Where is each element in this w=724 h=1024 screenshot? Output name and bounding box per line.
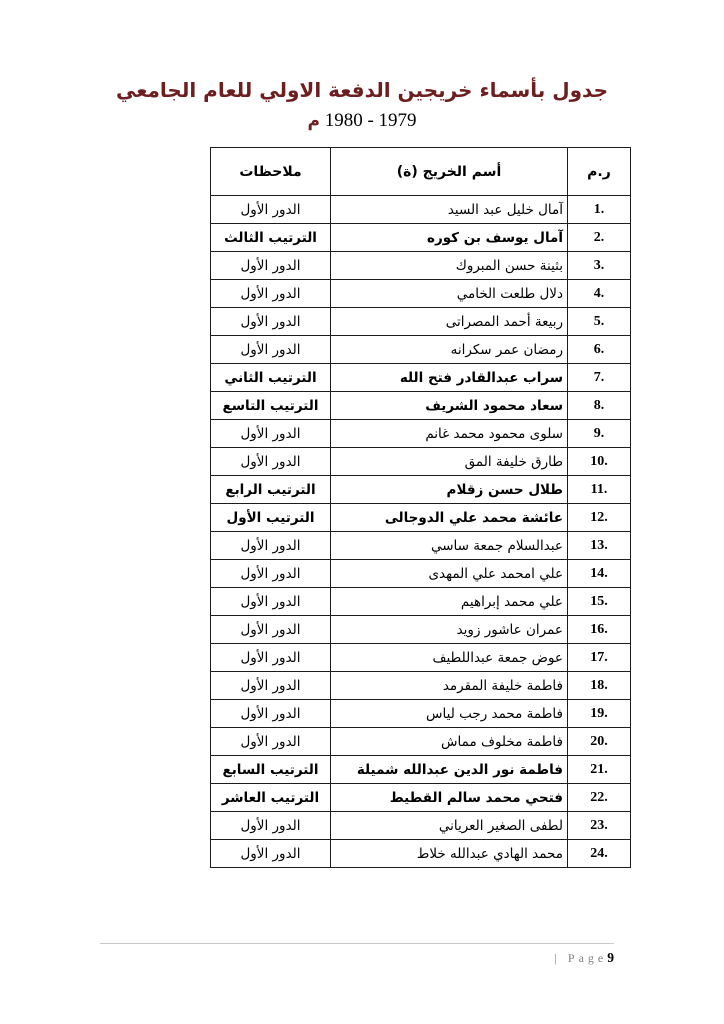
document-page: جدول بأسماء خريجين الدفعة الاولي للعام ا… <box>0 0 724 1024</box>
table-row: 23.لطفى الصغير العريانيالدور الأول <box>211 812 631 840</box>
cell-notes: الدور الأول <box>211 280 331 308</box>
cell-number: 8. <box>568 392 631 420</box>
cell-number: 2. <box>568 224 631 252</box>
cell-number: 10. <box>568 448 631 476</box>
table-row: 24.محمد الهادي عبدالله خلاطالدور الأول <box>211 840 631 868</box>
cell-notes: الدور الأول <box>211 336 331 364</box>
column-header-name: أسم الخريج (ة) <box>331 148 568 196</box>
cell-graduate-name: ربيعة أحمد المصراتى <box>331 308 568 336</box>
cell-graduate-name: آمال يوسف بن كوره <box>331 224 568 252</box>
cell-notes: الدور الأول <box>211 532 331 560</box>
cell-number: 6. <box>568 336 631 364</box>
cell-number: 16. <box>568 616 631 644</box>
table-row: 3.بثينة حسن المبروكالدور الأول <box>211 252 631 280</box>
table-row: 16.عمران عاشور زويدالدور الأول <box>211 616 631 644</box>
cell-notes: الدور الأول <box>211 700 331 728</box>
cell-notes: الترتيب العاشر <box>211 784 331 812</box>
page-footer: | Page9 <box>100 943 614 966</box>
table-row: 11.طلال حسن زقلامالترتيب الرابع <box>211 476 631 504</box>
cell-number: 15. <box>568 588 631 616</box>
cell-number: 20. <box>568 728 631 756</box>
cell-notes: الدور الأول <box>211 308 331 336</box>
cell-graduate-name: فاطمة محمد رجب لياس <box>331 700 568 728</box>
cell-notes: الدور الأول <box>211 616 331 644</box>
cell-notes: الدور الأول <box>211 812 331 840</box>
cell-notes: الدور الأول <box>211 672 331 700</box>
table-header: ر.م أسم الخريج (ة) ملاحظات <box>211 148 631 196</box>
cell-number: 7. <box>568 364 631 392</box>
table-row: 7.سراب عبدالقادر فتح اللهالترتيب الثاني <box>211 364 631 392</box>
cell-notes: الترتيب الأول <box>211 504 331 532</box>
cell-notes: الدور الأول <box>211 196 331 224</box>
cell-number: 19. <box>568 700 631 728</box>
table-row: 19.فاطمة محمد رجب لياسالدور الأول <box>211 700 631 728</box>
cell-graduate-name: فتحي محمد سالم القطيط <box>331 784 568 812</box>
cell-number: 12. <box>568 504 631 532</box>
academic-year-text: 1979 - 1980 <box>325 110 417 131</box>
cell-notes: الدور الأول <box>211 448 331 476</box>
table-row: 9.سلوى محمود محمد غانمالدور الأول <box>211 420 631 448</box>
table-row: 4.دلال طلعت الخاميالدور الأول <box>211 280 631 308</box>
table-row: 22.فتحي محمد سالم القطيطالترتيب العاشر <box>211 784 631 812</box>
table-row: 10.طارق خليفة المقالدور الأول <box>211 448 631 476</box>
cell-graduate-name: دلال طلعت الخامي <box>331 280 568 308</box>
cell-graduate-name: رمضان عمر سكرانه <box>331 336 568 364</box>
cell-notes: الدور الأول <box>211 560 331 588</box>
table-row: 13.عبدالسلام جمعة ساسيالدور الأول <box>211 532 631 560</box>
table-row: 8.سعاد محمود الشريفالترتيب التاسع <box>211 392 631 420</box>
cell-notes: الدور الأول <box>211 420 331 448</box>
table-row: 6.رمضان عمر سكرانهالدور الأول <box>211 336 631 364</box>
cell-number: 11. <box>568 476 631 504</box>
cell-number: 3. <box>568 252 631 280</box>
table-row: 5.ربيعة أحمد المصراتىالدور الأول <box>211 308 631 336</box>
cell-graduate-name: عوض جمعة عبداللطيف <box>331 644 568 672</box>
cell-number: 21. <box>568 756 631 784</box>
table-row: 21.فاطمة نور الدين عبدالله شميلةالترتيب … <box>211 756 631 784</box>
table-row: 12.عائشة محمد علي الدوجالىالترتيب الأول <box>211 504 631 532</box>
cell-number: 17. <box>568 644 631 672</box>
cell-notes: الدور الأول <box>211 840 331 868</box>
cell-graduate-name: سلوى محمود محمد غانم <box>331 420 568 448</box>
cell-graduate-name: سراب عبدالقادر فتح الله <box>331 364 568 392</box>
cell-graduate-name: محمد الهادي عبدالله خلاط <box>331 840 568 868</box>
cell-notes: الدور الأول <box>211 728 331 756</box>
table-row: 2.آمال يوسف بن كورهالترتيب الثالث <box>211 224 631 252</box>
table-row: 20.فاطمة مخلوف مماشالدور الأول <box>211 728 631 756</box>
cell-graduate-name: بثينة حسن المبروك <box>331 252 568 280</box>
table-row: 14.علي امحمد علي المهدىالدور الأول <box>211 560 631 588</box>
cell-graduate-name: فاطمة نور الدين عبدالله شميلة <box>331 756 568 784</box>
cell-graduate-name: عمران عاشور زويد <box>331 616 568 644</box>
cell-graduate-name: فاطمة مخلوف مماش <box>331 728 568 756</box>
column-header-number: ر.م <box>568 148 631 196</box>
cell-notes: الدور الأول <box>211 588 331 616</box>
cell-graduate-name: علي محمد إبراهيم <box>331 588 568 616</box>
column-header-notes: ملاحظات <box>211 148 331 196</box>
cell-notes: الدور الأول <box>211 252 331 280</box>
cell-number: 4. <box>568 280 631 308</box>
table-body: 1.آمال خليل عبد السيدالدور الأول2.آمال ي… <box>211 196 631 868</box>
cell-number: 24. <box>568 840 631 868</box>
cell-notes: الدور الأول <box>211 644 331 672</box>
cell-notes: الترتيب الثاني <box>211 364 331 392</box>
table-row: 15.علي محمد إبراهيمالدور الأول <box>211 588 631 616</box>
cell-notes: الترتيب الثالث <box>211 224 331 252</box>
page-title: جدول بأسماء خريجين الدفعة الاولي للعام ا… <box>0 78 724 102</box>
table-row: 17.عوض جمعة عبداللطيفالدور الأول <box>211 644 631 672</box>
cell-number: 13. <box>568 532 631 560</box>
cell-number: 1. <box>568 196 631 224</box>
cell-number: 14. <box>568 560 631 588</box>
table-row: 18.فاطمة خليفة المقرمدالدور الأول <box>211 672 631 700</box>
cell-graduate-name: سعاد محمود الشريف <box>331 392 568 420</box>
cell-number: 5. <box>568 308 631 336</box>
table-header-row: ر.م أسم الخريج (ة) ملاحظات <box>211 148 631 196</box>
cell-notes: الترتيب الرابع <box>211 476 331 504</box>
cell-graduate-name: طارق خليفة المق <box>331 448 568 476</box>
cell-graduate-name: آمال خليل عبد السيد <box>331 196 568 224</box>
cell-notes: الترتيب التاسع <box>211 392 331 420</box>
year-suffix-meem: م <box>307 111 319 131</box>
cell-number: 22. <box>568 784 631 812</box>
academic-year-line: 1979 - 1980 م <box>0 110 724 132</box>
footer-page-label: | Page <box>555 951 608 965</box>
cell-graduate-name: طلال حسن زقلام <box>331 476 568 504</box>
cell-number: 9. <box>568 420 631 448</box>
cell-graduate-name: عائشة محمد علي الدوجالى <box>331 504 568 532</box>
graduates-table: ر.م أسم الخريج (ة) ملاحظات 1.آمال خليل ع… <box>210 147 631 868</box>
cell-graduate-name: لطفى الصغير العرياني <box>331 812 568 840</box>
cell-graduate-name: عبدالسلام جمعة ساسي <box>331 532 568 560</box>
cell-graduate-name: فاطمة خليفة المقرمد <box>331 672 568 700</box>
cell-graduate-name: علي امحمد علي المهدى <box>331 560 568 588</box>
cell-notes: الترتيب السابع <box>211 756 331 784</box>
cell-number: 18. <box>568 672 631 700</box>
cell-number: 23. <box>568 812 631 840</box>
footer-page-number: 9 <box>607 950 614 965</box>
table-row: 1.آمال خليل عبد السيدالدور الأول <box>211 196 631 224</box>
